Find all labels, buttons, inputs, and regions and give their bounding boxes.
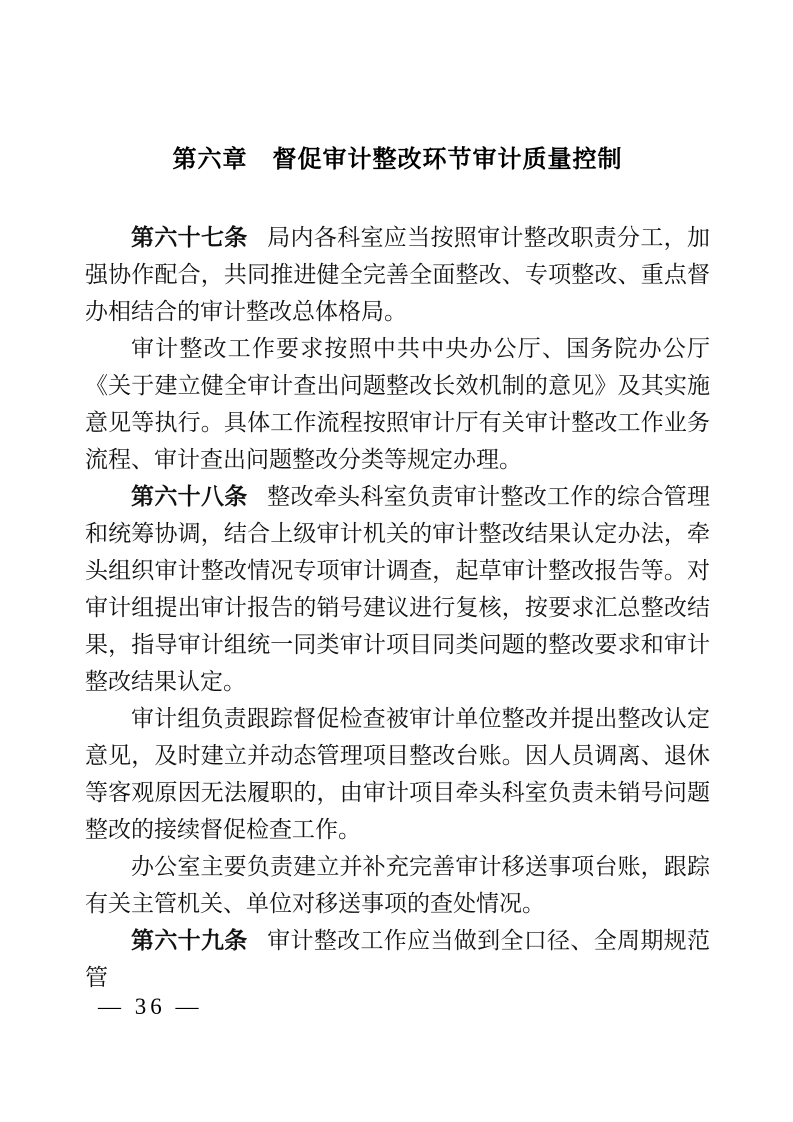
paragraphs: 第六十七条局内各科室应当按照审计整改职责分工，加强协作配合，共同推进健全完善全面… <box>85 219 710 996</box>
paragraph: 审计组负责跟踪督促检查被审计单位整改并提出整改认定意见，及时建立并动态管理项目整… <box>85 700 710 848</box>
paragraph-text: 审计整改工作要求按照中共中央办公厅、国务院办公厅《关于建立健全审计查出问题整改长… <box>85 336 710 472</box>
paragraph: 审计整改工作要求按照中共中央办公厅、国务院办公厅《关于建立健全审计查出问题整改长… <box>85 330 710 478</box>
paragraph-text: 办公室主要负责建立并补充完善审计移送事项台账，跟踪有关主管机关、单位对移送事项的… <box>85 854 710 916</box>
article-number: 第六十七条 <box>131 225 248 250</box>
paragraph: 第六十八条整改牵头科室负责审计整改工作的综合管理和统筹协调，结合上级审计机关的审… <box>85 478 710 700</box>
paragraph: 第六十九条审计整改工作应当做到全口径、全周期规范管 <box>85 922 710 996</box>
document-page: 第六章 督促审计整改环节审计质量控制 第六十七条局内各科室应当按照审计整改职责分… <box>0 0 793 1122</box>
paragraph: 办公室主要负责建立并补充完善审计移送事项台账，跟踪有关主管机关、单位对移送事项的… <box>85 848 710 922</box>
article-number: 第六十八条 <box>131 484 248 509</box>
article-number: 第六十九条 <box>131 928 248 953</box>
paragraph-text: 审计组负责跟踪督促检查被审计单位整改并提出整改认定意见，及时建立并动态管理项目整… <box>85 706 710 842</box>
page-number: — 36 — <box>98 993 203 1021</box>
paragraph: 第六十七条局内各科室应当按照审计整改职责分工，加强协作配合，共同推进健全完善全面… <box>85 219 710 330</box>
chapter-heading: 第六章 督促审计整改环节审计质量控制 <box>85 143 710 177</box>
paragraph-text: 整改牵头科室负责审计整改工作的综合管理和统筹协调，结合上级审计机关的审计整改结果… <box>85 484 710 694</box>
page-content: 第六章 督促审计整改环节审计质量控制 第六十七条局内各科室应当按照审计整改职责分… <box>85 143 710 996</box>
